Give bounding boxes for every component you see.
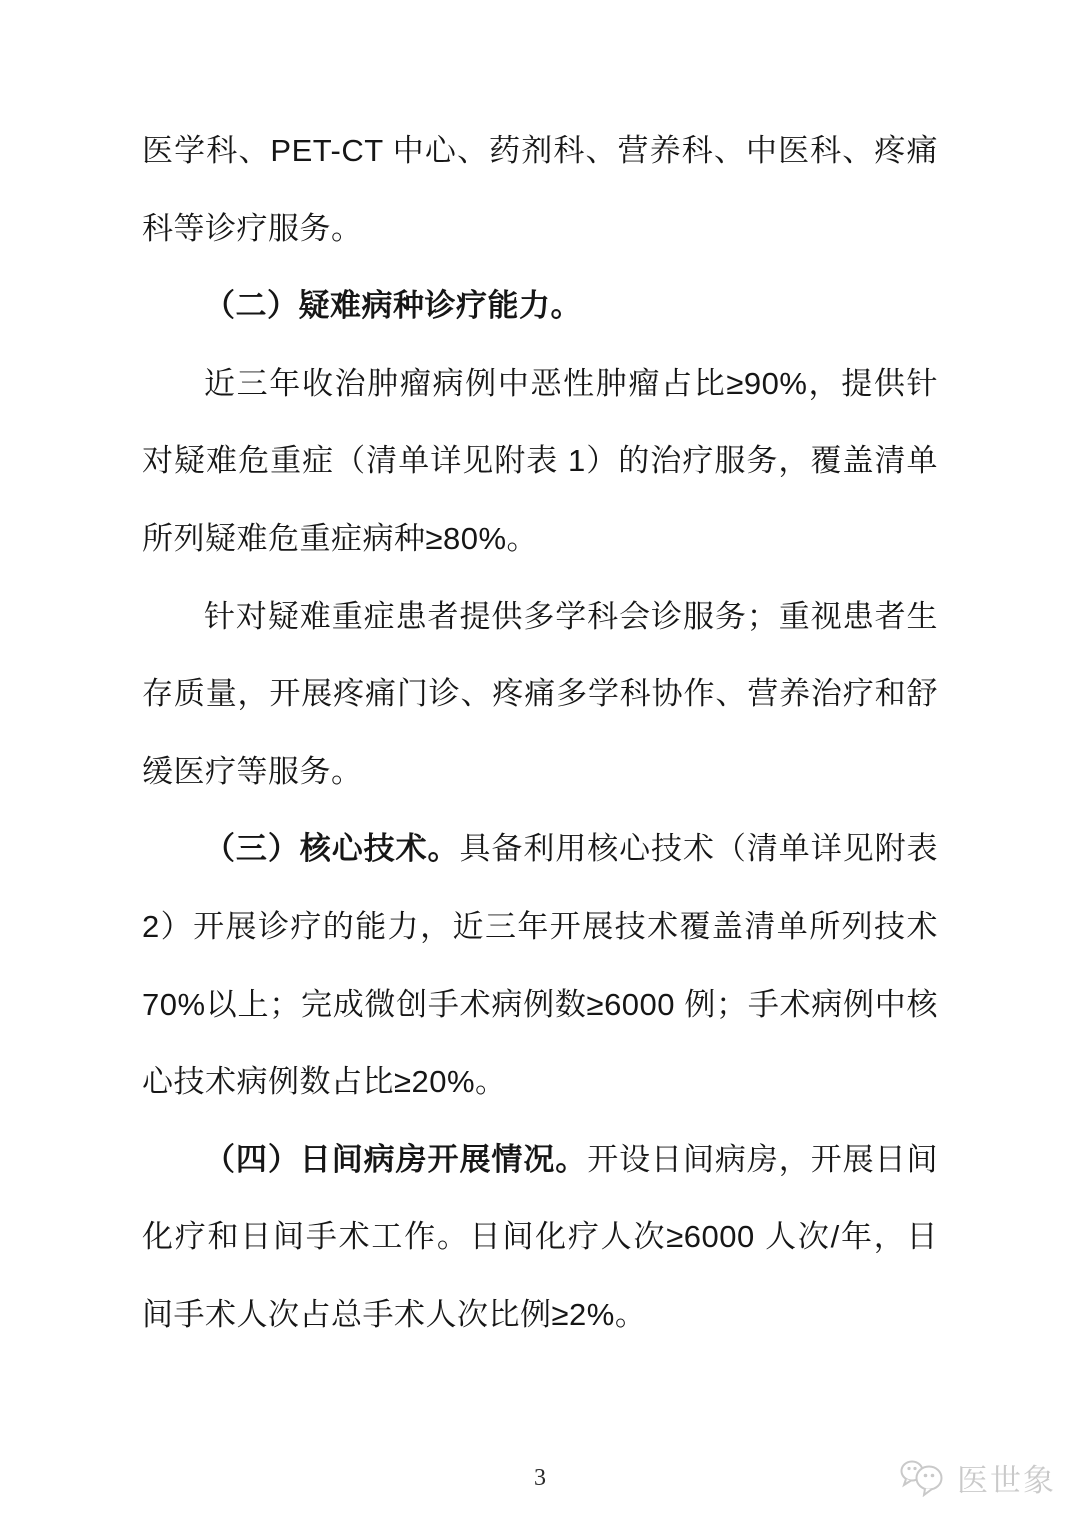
document-text: 医学科、PET-CT 中心、药剂科、营养科、中医科、疼痛科等诊疗服务。 （二）疑… [142, 112, 938, 1354]
paragraph: （三）核心技术。具备利用核心技术（清单详见附表 2）开展诊疗的能力，近三年开展技… [142, 810, 938, 1120]
paragraph-text: 针对疑难重症患者提供多学科会诊服务；重视患者生存质量，开展疼痛门诊、疼痛多学科协… [142, 599, 938, 789]
paragraph-text: 医学科、PET-CT 中心、药剂科、营养科、中医科、疼痛科等诊疗服务。 [142, 133, 938, 246]
document-page: 医学科、PET-CT 中心、药剂科、营养科、中医科、疼痛科等诊疗服务。 （二）疑… [0, 0, 1080, 1526]
paragraph: 针对疑难重症患者提供多学科会诊服务；重视患者生存质量，开展疼痛门诊、疼痛多学科协… [142, 578, 938, 811]
section-heading: （三）核心技术。 [204, 831, 459, 866]
section-heading: （二）疑难病种诊疗能力。 [204, 288, 582, 323]
paragraph-text: 具备利用核心技术（清单详见附表 2）开展诊疗的能力，近三年开展技术覆盖清单所列技… [142, 831, 938, 1099]
paragraph: 近三年收治肿瘤病例中恶性肿瘤占比≥90%，提供针对疑难危重症（清单详见附表 1）… [142, 345, 938, 578]
paragraph: （四）日间病房开展情况。开设日间病房，开展日间化疗和日间手术工作。日间化疗人次≥… [142, 1121, 938, 1354]
paragraph: （二）疑难病种诊疗能力。 [142, 267, 938, 345]
watermark-label: 医世象 [957, 1455, 1056, 1500]
section-heading: （四）日间病房开展情况。 [204, 1142, 587, 1177]
watermark: 医世象 [899, 1455, 1056, 1500]
wechat-chat-bubbles-icon [899, 1459, 947, 1497]
paragraph: 医学科、PET-CT 中心、药剂科、营养科、中医科、疼痛科等诊疗服务。 [142, 112, 938, 267]
paragraph-text: 近三年收治肿瘤病例中恶性肿瘤占比≥90%，提供针对疑难危重症（清单详见附表 1）… [142, 366, 938, 556]
